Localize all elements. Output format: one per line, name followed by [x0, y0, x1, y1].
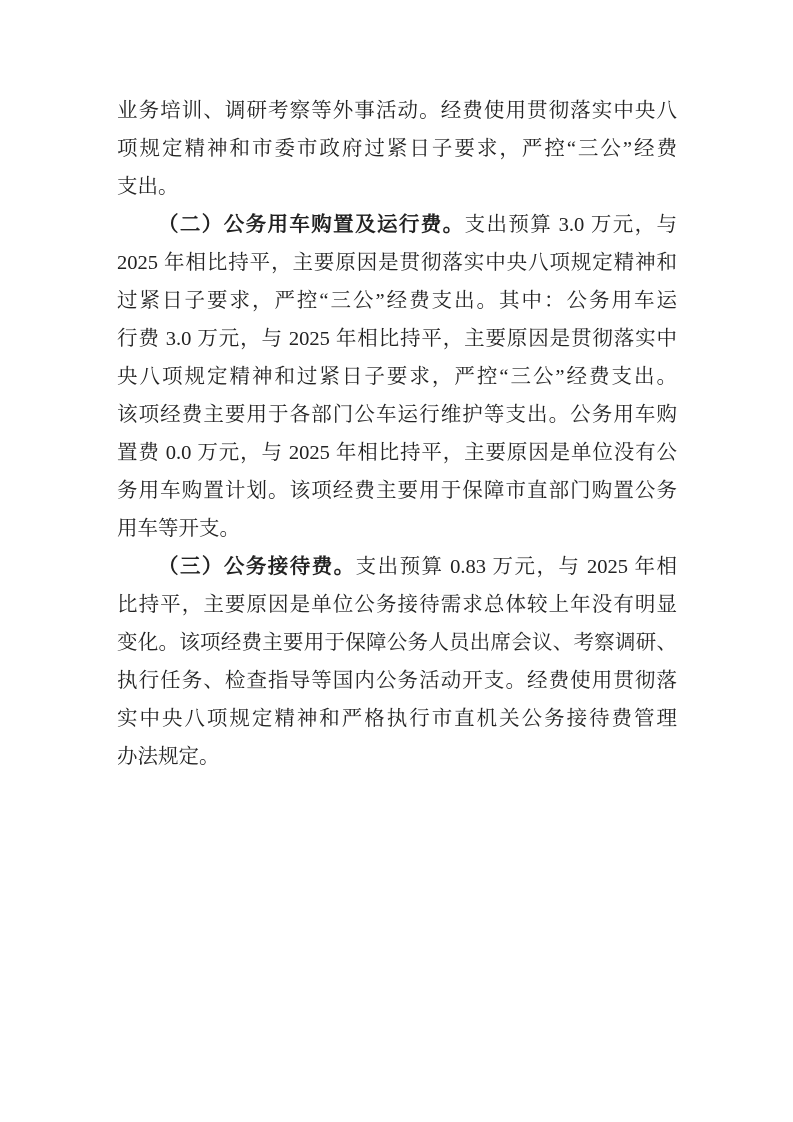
body-text: 支出。 [117, 176, 179, 198]
text-line: （三）公务接待费。支出预算 0.83 万元，与 2025 年相 [117, 548, 677, 586]
body-text: 执行任务、检查指导等国内公务活动开支。经费使用贯彻落 [117, 670, 677, 692]
body-text: 2025 年相比持平，主要原因是贯彻落实中央八项规定精神和 [117, 252, 677, 274]
body-text: 央八项规定精神和过紧日子要求，严控“三公”经费支出。 [117, 366, 677, 388]
body-text: 支出预算 0.83 万元，与 2025 年相 [356, 556, 677, 578]
text-line: 办法规定。 [117, 738, 677, 776]
paragraph-official-vehicle-expenses: （二）公务用车购置及运行费。支出预算 3.0 万元，与2025 年相比持平，主要… [117, 206, 677, 548]
body-text: 比持平，主要原因是单位公务接待需求总体较上年没有明显 [117, 594, 677, 616]
body-text: 业务培训、调研考察等外事活动。经费使用贯彻落实中央八 [117, 100, 677, 122]
body-text: 支出预算 3.0 万元，与 [465, 214, 677, 236]
text-line: 行费 3.0 万元，与 2025 年相比持平，主要原因是贯彻落实中 [117, 320, 677, 358]
body-text: 过紧日子要求，严控“三公”经费支出。其中：公务用车运 [117, 290, 677, 312]
section-heading-text: （二）公务用车购置及运行费。 [158, 214, 465, 236]
body-text: 办法规定。 [117, 746, 220, 768]
text-line: 置费 0.0 万元，与 2025 年相比持平，主要原因是单位没有公 [117, 434, 677, 472]
paragraph-training-expenses-continuation: 业务培训、调研考察等外事活动。经费使用贯彻落实中央八项规定精神和市委市政府过紧日… [117, 92, 677, 206]
body-text: 务用车购置计划。该项经费主要用于保障市直部门购置公务 [117, 480, 677, 502]
section-heading-text: （三）公务接待费。 [158, 556, 356, 578]
text-line: 业务培训、调研考察等外事活动。经费使用贯彻落实中央八 [117, 92, 677, 130]
text-line: 务用车购置计划。该项经费主要用于保障市直部门购置公务 [117, 472, 677, 510]
text-line: （二）公务用车购置及运行费。支出预算 3.0 万元，与 [117, 206, 677, 244]
body-text: 该项经费主要用于各部门公车运行维护等支出。公务用车购 [117, 404, 677, 426]
text-line: 用车等开支。 [117, 510, 677, 548]
text-line: 支出。 [117, 168, 677, 206]
body-text: 用车等开支。 [117, 518, 240, 540]
text-line: 实中央八项规定精神和严格执行市直机关公务接待费管理 [117, 700, 677, 738]
text-line: 该项经费主要用于各部门公车运行维护等支出。公务用车购 [117, 396, 677, 434]
body-text: 行费 3.0 万元，与 2025 年相比持平，主要原因是贯彻落实中 [117, 328, 677, 350]
body-text: 变化。该项经费主要用于保障公务人员出席会议、考察调研、 [117, 632, 677, 654]
document-page: 业务培训、调研考察等外事活动。经费使用贯彻落实中央八项规定精神和市委市政府过紧日… [0, 0, 793, 1122]
text-line: 变化。该项经费主要用于保障公务人员出席会议、考察调研、 [117, 624, 677, 662]
document-body: 业务培训、调研考察等外事活动。经费使用贯彻落实中央八项规定精神和市委市政府过紧日… [117, 92, 677, 776]
text-line: 项规定精神和市委市政府过紧日子要求，严控“三公”经费 [117, 130, 677, 168]
body-text: 实中央八项规定精神和严格执行市直机关公务接待费管理 [117, 708, 677, 730]
body-text: 置费 0.0 万元，与 2025 年相比持平，主要原因是单位没有公 [117, 442, 677, 464]
text-line: 执行任务、检查指导等国内公务活动开支。经费使用贯彻落 [117, 662, 677, 700]
text-line: 过紧日子要求，严控“三公”经费支出。其中：公务用车运 [117, 282, 677, 320]
text-line: 央八项规定精神和过紧日子要求，严控“三公”经费支出。 [117, 358, 677, 396]
text-line: 比持平，主要原因是单位公务接待需求总体较上年没有明显 [117, 586, 677, 624]
body-text: 项规定精神和市委市政府过紧日子要求，严控“三公”经费 [117, 138, 677, 160]
text-line: 2025 年相比持平，主要原因是贯彻落实中央八项规定精神和 [117, 244, 677, 282]
paragraph-official-reception-expenses: （三）公务接待费。支出预算 0.83 万元，与 2025 年相比持平，主要原因是… [117, 548, 677, 776]
